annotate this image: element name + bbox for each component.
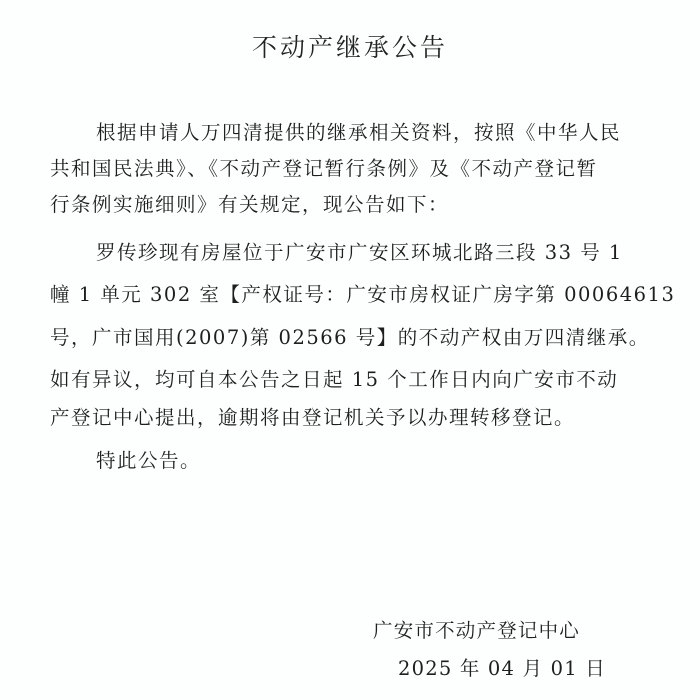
body-line: 幢 1 单元 302 室【产权证号：广安市房权证广房字第 00064613 [50,282,675,308]
body-line: 根据申请人万四清提供的继承相关资料，按照《中华人民 [96,120,621,146]
body-line: 行条例实施细则》有关规定，现公告如下： [50,192,449,218]
body-line: 如有异议，均可自本公告之日起 15 个工作日内向广安市不动 [50,367,618,393]
body-line: 罗传珍现有房屋位于广安市广安区环城北路三段 33 号 1 [96,240,623,266]
body-line: 共和国民法典》、《不动产登记暂行条例》及《不动产登记暂 [50,156,598,182]
signature-date: 2025 年 04 月 01 日 [398,653,606,681]
signature-organization: 广安市不动产登记中心 [373,615,580,643]
body-line: 特此公告。 [96,448,201,474]
body-line: 产登记中心提出，逾期将由登记机关予以办理转移登记。 [50,405,575,431]
document-title: 不动产继承公告 [0,28,700,64]
body-line: 号，广市国用(2007)第 02566 号】的不动产权由万四清继承。 [50,325,650,351]
